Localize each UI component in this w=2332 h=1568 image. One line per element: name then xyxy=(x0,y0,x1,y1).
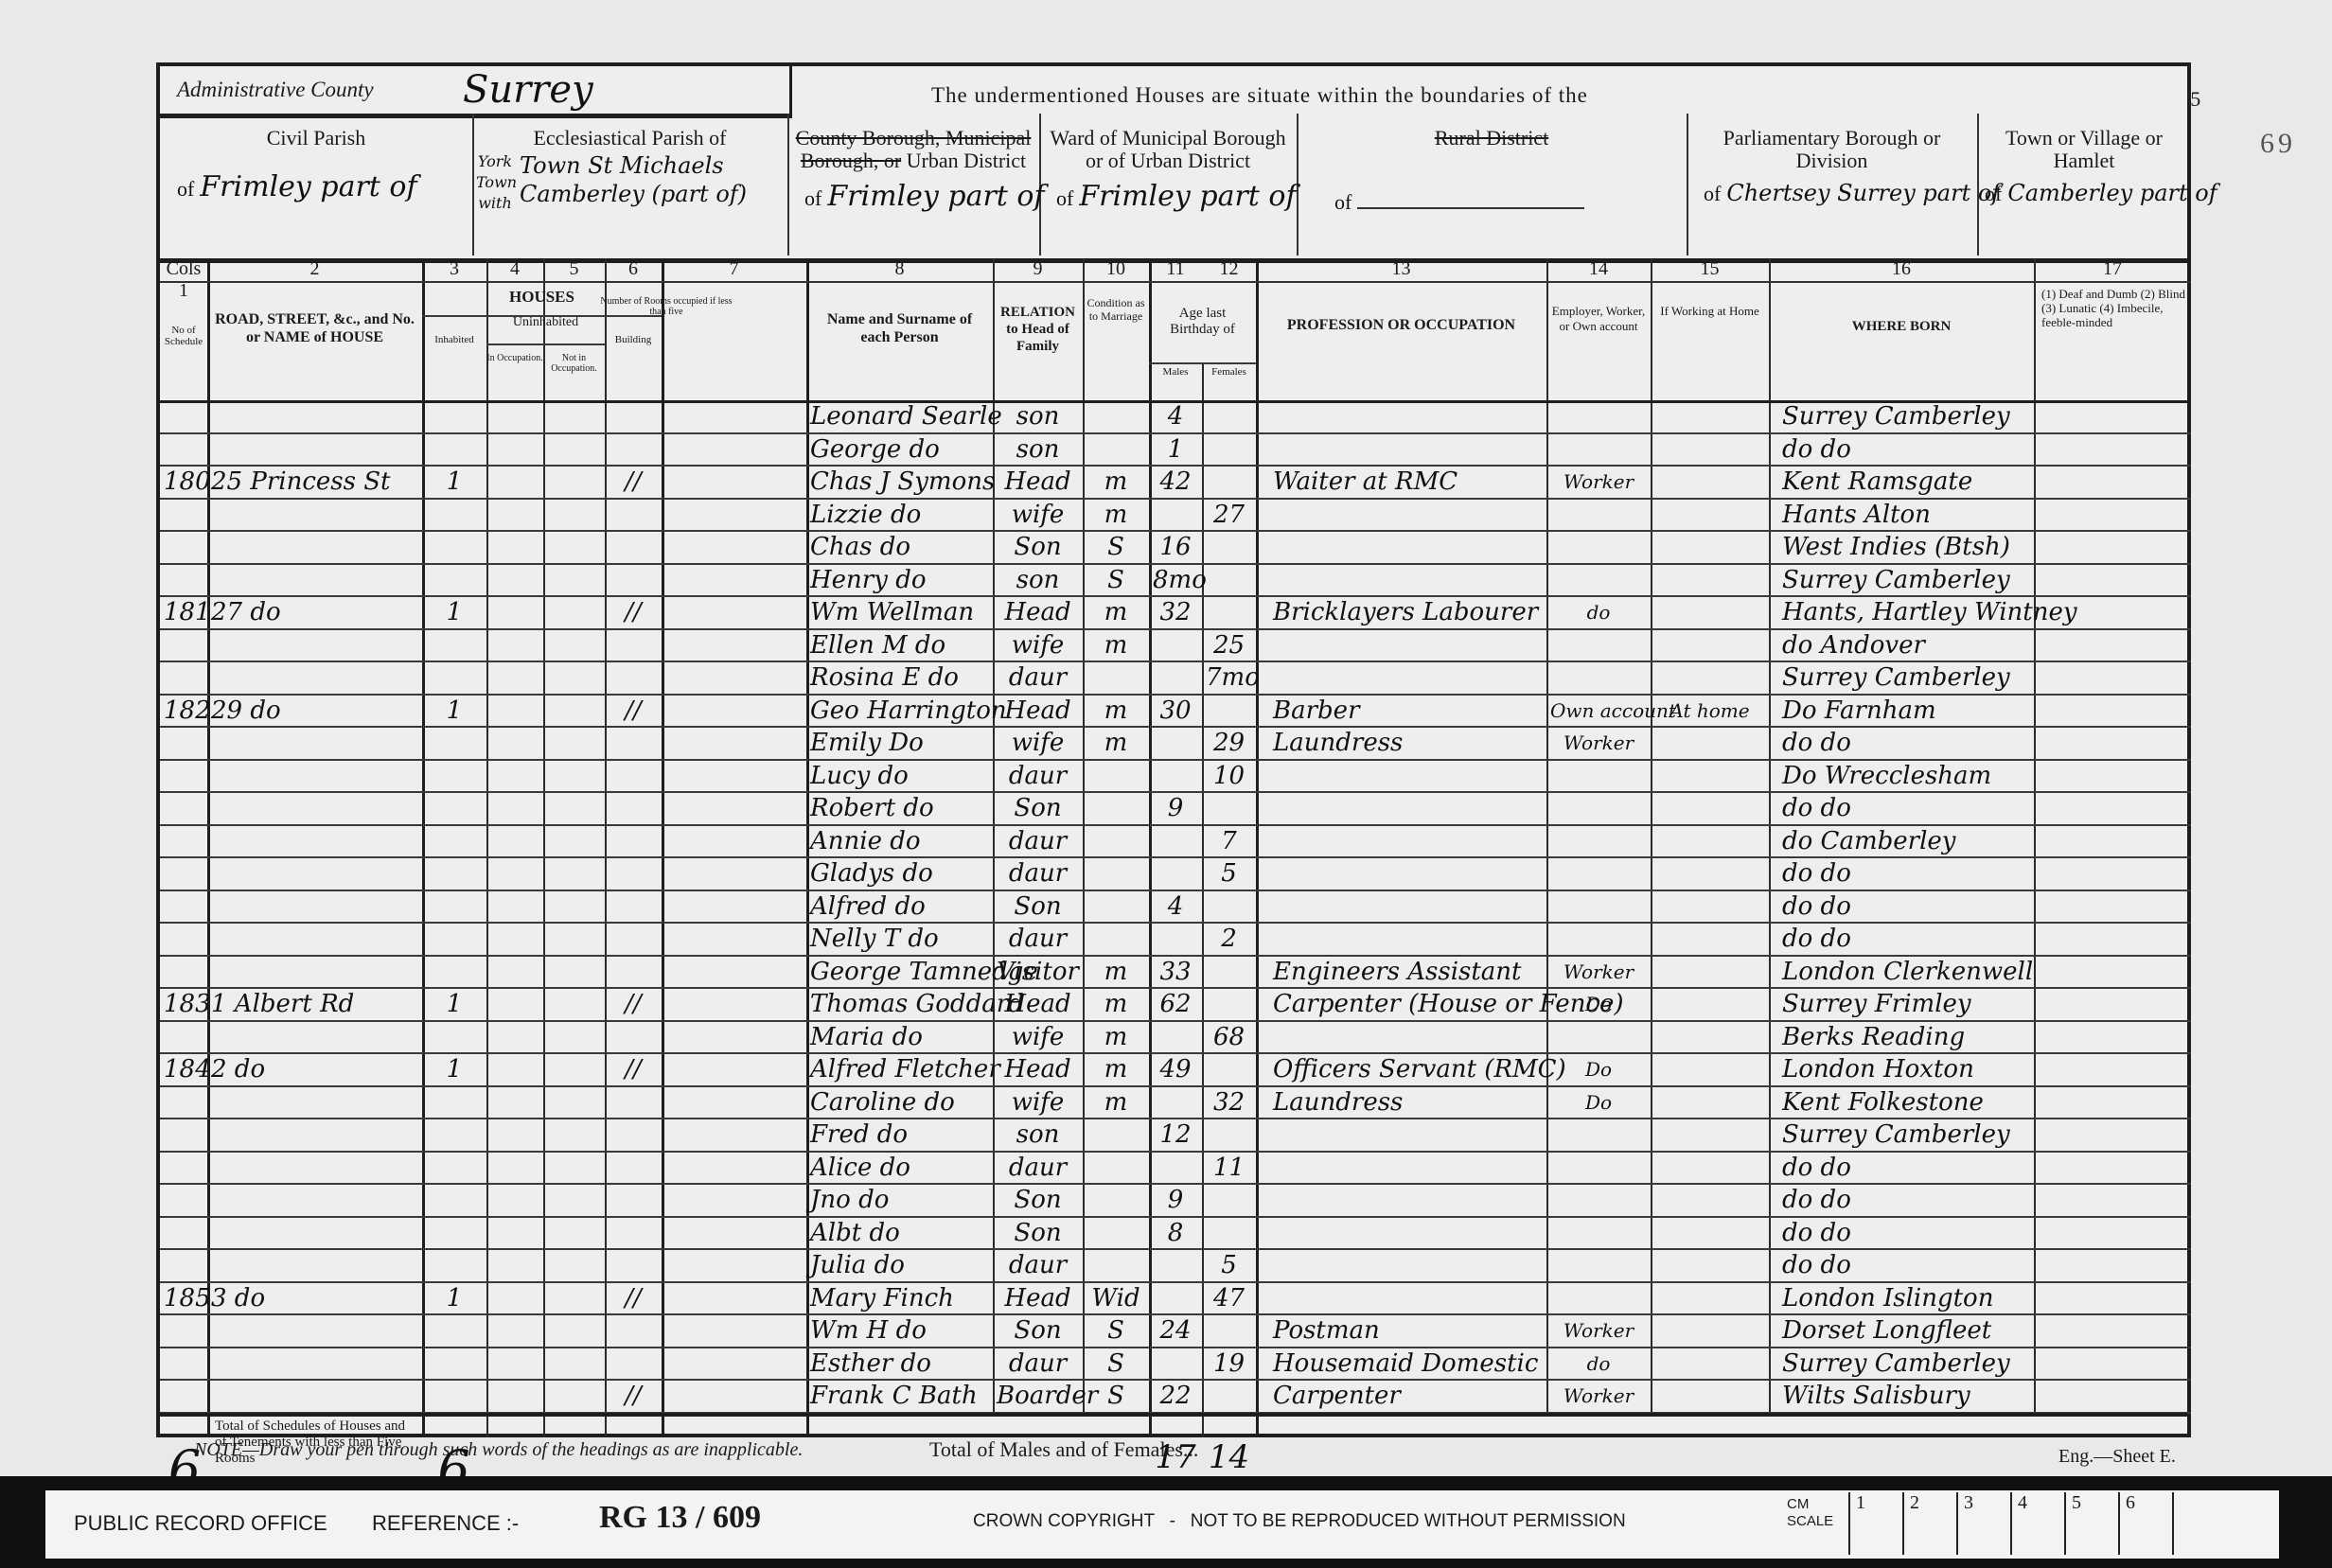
male-age xyxy=(1153,760,1198,792)
inhabited-count xyxy=(426,760,483,792)
female-age: 19 xyxy=(1206,1348,1252,1380)
person-name: Thomas Goddard xyxy=(810,988,989,1020)
birthplace: Surrey Camberley xyxy=(1773,1119,2040,1151)
schedule-number xyxy=(164,499,203,531)
scale-tick: 3 xyxy=(1958,1492,2012,1555)
marital-condition xyxy=(1086,825,1145,857)
inhabited-count xyxy=(426,727,483,759)
inhabited-count xyxy=(426,1314,483,1347)
person-name: Annie do xyxy=(810,825,989,857)
column-header-uninhabited: Uninhabited xyxy=(486,317,605,328)
person-name: Wm H do xyxy=(810,1314,989,1347)
birthplace: do do xyxy=(1773,727,2040,759)
working-at-home xyxy=(1654,629,1765,661)
occupation xyxy=(1260,792,1556,824)
female-age: 32 xyxy=(1206,1086,1252,1119)
column-number: 10 xyxy=(1083,258,1149,283)
female-age xyxy=(1206,596,1252,628)
copyright-notice: CROWN COPYRIGHT - NOT TO BE REPRODUCED W… xyxy=(973,1511,1626,1532)
male-age: 22 xyxy=(1153,1380,1198,1412)
employment-status: Do xyxy=(1550,1086,1647,1119)
house-address xyxy=(211,1217,418,1249)
female-age xyxy=(1206,1314,1252,1347)
column-header-road: ROAD, STREET, &c., and No. or NAME of HO… xyxy=(207,310,422,346)
census-sheet: Page 25 69 Administrative County Surrey … xyxy=(0,0,2332,1476)
scale-label: CM SCALE xyxy=(1787,1496,1834,1530)
column-header-condition: Condition as to Marriage xyxy=(1083,296,1149,323)
female-age: 11 xyxy=(1206,1152,1252,1184)
person-name: Emily Do xyxy=(810,727,989,759)
birthplace: Dorset Longfleet xyxy=(1773,1314,2040,1347)
relation-to-head: Son xyxy=(997,890,1079,923)
birthplace: Berks Reading xyxy=(1773,1021,2040,1053)
schedule-number: 182 xyxy=(164,695,203,727)
schedule-number xyxy=(164,727,203,759)
rooms-mark xyxy=(609,1184,658,1216)
relation-to-head: daur xyxy=(997,661,1079,694)
female-age: 7mo xyxy=(1206,661,1252,694)
marital-condition: m xyxy=(1086,596,1145,628)
parliamentary-value: Chertsey Surrey part of xyxy=(1726,180,2000,206)
rooms-mark: // xyxy=(609,1380,658,1412)
occupation xyxy=(1260,890,1556,923)
marital-condition: m xyxy=(1086,695,1145,727)
relation-to-head: daur xyxy=(997,760,1079,792)
inhabited-count xyxy=(426,1249,483,1281)
person-name: Alice do xyxy=(810,1152,989,1184)
schedule-number: 184 xyxy=(164,1053,203,1085)
female-age xyxy=(1206,400,1252,432)
rooms-mark xyxy=(609,1021,658,1053)
parliamentary-label: Parliamentary Borough or Division xyxy=(1687,127,1977,172)
relation-to-head: wife xyxy=(997,727,1079,759)
rooms-mark xyxy=(609,890,658,923)
female-age: 5 xyxy=(1206,857,1252,890)
marital-condition: m xyxy=(1086,988,1145,1020)
schedule-number xyxy=(164,1249,203,1281)
marital-condition: m xyxy=(1086,1021,1145,1053)
inhabited-count xyxy=(426,661,483,694)
schedule-number: 181 xyxy=(164,596,203,628)
inhabited-count xyxy=(426,433,483,466)
rural-district-cell: Rural District of xyxy=(1297,114,1688,255)
relation-to-head: Head xyxy=(997,988,1079,1020)
working-at-home xyxy=(1654,466,1765,498)
occupation: Barber xyxy=(1260,695,1556,727)
male-age: 8 xyxy=(1153,1217,1198,1249)
working-at-home xyxy=(1654,400,1765,432)
house-address xyxy=(211,760,418,792)
inhabited-count: 1 xyxy=(426,695,483,727)
marital-condition xyxy=(1086,857,1145,890)
schedule-number xyxy=(164,923,203,955)
ecclesiastical-parish-value: Town St Michaels Camberley (part of) xyxy=(520,151,785,208)
inhabited-count xyxy=(426,956,483,988)
ward-value: Frimley part of xyxy=(1079,180,1296,213)
relation-to-head: daur xyxy=(997,1249,1079,1281)
marital-condition: m xyxy=(1086,956,1145,988)
ward-label: Ward of Municipal Borough or of Urban Di… xyxy=(1039,127,1297,172)
column-number: 8 xyxy=(806,258,993,283)
scale-tick: 2 xyxy=(1904,1492,1958,1555)
table-row: Fred doson12Surrey Camberley xyxy=(160,1119,2187,1152)
working-at-home xyxy=(1654,988,1765,1020)
schedule-number: 180 xyxy=(164,466,203,498)
employment-status xyxy=(1550,1152,1647,1184)
inhabited-count xyxy=(426,923,483,955)
birthplace: Kent Ramsgate xyxy=(1773,466,2040,498)
working-at-home xyxy=(1654,1086,1765,1119)
sheet-label: Eng.—Sheet E. xyxy=(2058,1446,2176,1468)
scale-tick: 1 xyxy=(1850,1492,1904,1555)
schedule-number xyxy=(164,1348,203,1380)
rural-district-value xyxy=(1357,207,1584,209)
working-at-home xyxy=(1654,923,1765,955)
rooms-mark xyxy=(609,1314,658,1347)
male-age xyxy=(1153,1086,1198,1119)
female-age xyxy=(1206,433,1252,466)
house-address xyxy=(211,792,418,824)
occupation xyxy=(1260,629,1556,661)
male-age: 9 xyxy=(1153,1184,1198,1216)
margin-folio-number: 69 xyxy=(2260,128,2296,160)
person-name: Esther do xyxy=(810,1348,989,1380)
relation-to-head: Visitor xyxy=(997,956,1079,988)
table-row: Annie dodaur7do Camberley xyxy=(160,825,2187,858)
male-age: 62 xyxy=(1153,988,1198,1020)
birthplace: Surrey Camberley xyxy=(1773,564,2040,596)
column-header-employer: Employer, Worker, or Own account xyxy=(1546,304,1651,334)
person-name: Fred do xyxy=(810,1119,989,1151)
house-address xyxy=(211,1152,418,1184)
relation-to-head: son xyxy=(997,564,1079,596)
table-row: George TamnedgeVisitorm33Engineers Assis… xyxy=(160,956,2187,989)
schedule-number xyxy=(164,433,203,466)
male-age xyxy=(1153,1021,1198,1053)
inhabited-count xyxy=(426,629,483,661)
working-at-home xyxy=(1654,499,1765,531)
person-name: Leonard Searle xyxy=(810,400,989,432)
occupation: Laundress xyxy=(1260,1086,1556,1119)
working-at-home xyxy=(1654,792,1765,824)
column-header-rooms: Number of Rooms occupied if less than fi… xyxy=(600,296,733,317)
relation-to-head: wife xyxy=(997,629,1079,661)
relation-to-head: Son xyxy=(997,1314,1079,1347)
inhabited-count xyxy=(426,1021,483,1053)
person-name: Robert do xyxy=(810,792,989,824)
record-office-label: PUBLIC RECORD OFFICE xyxy=(74,1511,327,1536)
birthplace: do do xyxy=(1773,1184,2040,1216)
column-header-males: Males xyxy=(1149,366,1202,378)
inhabited-count xyxy=(426,499,483,531)
working-at-home xyxy=(1654,531,1765,563)
schedule-number xyxy=(164,825,203,857)
house-address xyxy=(211,1021,418,1053)
column-header-home: If Working at Home xyxy=(1651,304,1769,319)
rooms-mark xyxy=(609,727,658,759)
occupation: Bricklayers Labourer xyxy=(1260,596,1556,628)
house-address xyxy=(211,923,418,955)
birthplace: Kent Folkestone xyxy=(1773,1086,2040,1119)
male-age xyxy=(1153,499,1198,531)
employment-status: Worker xyxy=(1550,1380,1647,1412)
occupation: Carpenter xyxy=(1260,1380,1556,1412)
employment-status xyxy=(1550,1021,1647,1053)
house-address xyxy=(211,890,418,923)
schedule-number xyxy=(164,1086,203,1119)
civil-parish-label: Civil Parish xyxy=(160,127,472,150)
male-age xyxy=(1153,1152,1198,1184)
occupation: Waiter at RMC xyxy=(1260,466,1556,498)
schedule-number xyxy=(164,956,203,988)
birthplace: do do xyxy=(1773,1249,2040,1281)
person-name: Henry do xyxy=(810,564,989,596)
inhabited-count xyxy=(426,1380,483,1412)
column-header-born: WHERE BORN xyxy=(1769,319,2034,335)
inhabited-count: 1 xyxy=(426,466,483,498)
employment-status: Do xyxy=(1550,1053,1647,1085)
house-address xyxy=(211,1348,418,1380)
schedule-number xyxy=(164,792,203,824)
marital-condition xyxy=(1086,1152,1145,1184)
person-name: Frank C Bath xyxy=(810,1380,989,1412)
employment-status: do xyxy=(1550,1348,1647,1380)
table-row: 18025 Princess St1//Chas J SymonsHeadm42… xyxy=(160,466,2187,499)
working-at-home xyxy=(1654,1053,1765,1085)
occupation xyxy=(1260,564,1556,596)
rooms-mark xyxy=(609,1249,658,1281)
marital-condition xyxy=(1086,433,1145,466)
occupation xyxy=(1260,1021,1556,1053)
reference-value: RG 13 / 609 xyxy=(599,1500,761,1536)
rooms-mark xyxy=(609,1217,658,1249)
rooms-mark: // xyxy=(609,1053,658,1085)
female-age: 5 xyxy=(1206,1249,1252,1281)
female-age xyxy=(1206,1053,1252,1085)
schedule-number xyxy=(164,1380,203,1412)
birthplace: Surrey Camberley xyxy=(1773,661,2040,694)
employment-status xyxy=(1550,433,1647,466)
relation-to-head: Head xyxy=(997,1053,1079,1085)
employment-status: Do xyxy=(1550,988,1647,1020)
relation-to-head: Head xyxy=(997,596,1079,628)
person-name: Chas J Symons xyxy=(810,466,989,498)
administrative-county-box: Administrative County Surrey xyxy=(160,66,792,118)
rooms-mark xyxy=(609,564,658,596)
employment-status: Worker xyxy=(1550,956,1647,988)
rooms-mark xyxy=(609,825,658,857)
marital-condition: S xyxy=(1086,531,1145,563)
working-at-home xyxy=(1654,1119,1765,1151)
house-address xyxy=(211,1184,418,1216)
rooms-mark xyxy=(609,792,658,824)
relation-to-head: daur xyxy=(997,923,1079,955)
house-address xyxy=(211,1119,418,1151)
situate-text: The undermentioned Houses are situate wi… xyxy=(931,83,1588,108)
employment-status xyxy=(1550,564,1647,596)
birthplace: do do xyxy=(1773,1152,2040,1184)
male-age xyxy=(1153,1249,1198,1281)
birthplace: do do xyxy=(1773,792,2040,824)
female-age: 29 xyxy=(1206,727,1252,759)
marital-condition xyxy=(1086,1249,1145,1281)
relation-to-head: wife xyxy=(997,1021,1079,1053)
schedule-number xyxy=(164,890,203,923)
employment-status: Worker xyxy=(1550,727,1647,759)
table-row: Lizzie dowifem27Hants Alton xyxy=(160,499,2187,532)
birthplace: do do xyxy=(1773,1217,2040,1249)
employment-status xyxy=(1550,1217,1647,1249)
schedule-number xyxy=(164,661,203,694)
scale-tick: 6 xyxy=(2120,1492,2174,1555)
male-age: 33 xyxy=(1153,956,1198,988)
schedule-number xyxy=(164,531,203,563)
table-row: Wm H doSonS24PostmanWorkerDorset Longfle… xyxy=(160,1314,2187,1348)
note-text: NOTE—Draw your pen through such words of… xyxy=(194,1439,803,1461)
male-age: 4 xyxy=(1153,400,1198,432)
column-number: 15 xyxy=(1651,258,1769,283)
relation-to-head: Head xyxy=(997,466,1079,498)
relation-to-head: daur xyxy=(997,825,1079,857)
birthplace: do Camberley xyxy=(1773,825,2040,857)
census-table: Cols 1234567891011121314151617No of Sche… xyxy=(160,258,2187,1437)
marital-condition: m xyxy=(1086,1053,1145,1085)
employment-status xyxy=(1550,661,1647,694)
rooms-mark xyxy=(609,499,658,531)
birthplace: West Indies (Btsh) xyxy=(1773,531,2040,563)
working-at-home xyxy=(1654,1217,1765,1249)
table-row: Alfred doSon4do do xyxy=(160,890,2187,924)
rooms-mark xyxy=(609,531,658,563)
rooms-mark xyxy=(609,1348,658,1380)
working-at-home xyxy=(1654,1314,1765,1347)
house-address xyxy=(211,531,418,563)
house-address xyxy=(211,499,418,531)
ward-cell: Ward of Municipal Borough or of Urban Di… xyxy=(1039,114,1298,255)
employment-status xyxy=(1550,923,1647,955)
occupation xyxy=(1260,1184,1556,1216)
house-address xyxy=(211,433,418,466)
working-at-home xyxy=(1654,727,1765,759)
person-name: Ellen M do xyxy=(810,629,989,661)
male-age: 49 xyxy=(1153,1053,1198,1085)
female-age: 7 xyxy=(1206,825,1252,857)
female-age xyxy=(1206,564,1252,596)
working-at-home xyxy=(1654,661,1765,694)
occupation xyxy=(1260,499,1556,531)
schedule-number xyxy=(164,564,203,596)
male-age xyxy=(1153,825,1198,857)
employment-status xyxy=(1550,1249,1647,1281)
employment-status: Worker xyxy=(1550,1314,1647,1347)
employment-status xyxy=(1550,760,1647,792)
working-at-home xyxy=(1654,1021,1765,1053)
total-males: 17 xyxy=(1149,1434,1202,1481)
column-number: Cols 1 xyxy=(160,258,207,283)
working-at-home xyxy=(1654,760,1765,792)
person-name: Alfred Fletcher xyxy=(810,1053,989,1085)
employment-status xyxy=(1550,1184,1647,1216)
birthplace: Surrey Camberley xyxy=(1773,1348,2040,1380)
female-age: 47 xyxy=(1206,1282,1252,1314)
column-header-infirmity: (1) Deaf and Dumb (2) Blind (3) Lunatic … xyxy=(2034,287,2191,329)
column-header-inhabited: Inhabited xyxy=(422,334,486,345)
marital-condition: m xyxy=(1086,466,1145,498)
relation-to-head: Son xyxy=(997,1217,1079,1249)
civil-parish-cell: Civil Parish ofFrimley part of xyxy=(160,114,474,255)
working-at-home xyxy=(1654,564,1765,596)
town-cell: Town or Village or Hamlet ofCamberley pa… xyxy=(1977,114,2191,255)
occupation xyxy=(1260,1282,1556,1314)
rooms-mark xyxy=(609,1086,658,1119)
column-header-in-occupation: In Occupation. xyxy=(486,353,543,363)
occupation xyxy=(1260,433,1556,466)
female-age xyxy=(1206,988,1252,1020)
column-number: 2 xyxy=(207,258,422,283)
birthplace: do do xyxy=(1773,923,2040,955)
house-address xyxy=(211,825,418,857)
occupation xyxy=(1260,531,1556,563)
rooms-mark xyxy=(609,857,658,890)
inhabited-count xyxy=(426,1217,483,1249)
house-address xyxy=(211,1086,418,1119)
male-age: 9 xyxy=(1153,792,1198,824)
column-number: 13 xyxy=(1256,258,1546,283)
working-at-home xyxy=(1654,825,1765,857)
inhabited-count xyxy=(426,1184,483,1216)
occupation: Laundress xyxy=(1260,727,1556,759)
column-number: 7 xyxy=(662,258,806,283)
column-header-age: Age last Birthday of xyxy=(1149,306,1256,338)
working-at-home xyxy=(1654,433,1765,466)
column-number: 9 xyxy=(993,258,1083,283)
inhabited-count: 1 xyxy=(426,988,483,1020)
marital-condition xyxy=(1086,923,1145,955)
archive-footer: PUBLIC RECORD OFFICE REFERENCE :- RG 13 … xyxy=(0,1476,2332,1568)
female-age: 25 xyxy=(1206,629,1252,661)
marital-condition xyxy=(1086,1119,1145,1151)
relation-to-head: wife xyxy=(997,499,1079,531)
person-name: Caroline do xyxy=(810,1086,989,1119)
birthplace: do do xyxy=(1773,857,2040,890)
house-address: 3 do xyxy=(211,1282,418,1314)
birthplace: Surrey Camberley xyxy=(1773,400,2040,432)
male-age xyxy=(1153,1348,1198,1380)
house-address xyxy=(211,1249,418,1281)
relation-to-head: son xyxy=(997,433,1079,466)
reference-label: REFERENCE :- xyxy=(372,1511,519,1536)
person-name: Alfred do xyxy=(810,890,989,923)
marital-condition: Wid xyxy=(1086,1282,1145,1314)
column-number: 11 xyxy=(1149,258,1202,283)
male-age: 16 xyxy=(1153,531,1198,563)
marital-condition xyxy=(1086,792,1145,824)
female-age xyxy=(1206,792,1252,824)
table-row: Maria dowifem68Berks Reading xyxy=(160,1021,2187,1054)
employment-status xyxy=(1550,857,1647,890)
marital-condition xyxy=(1086,1217,1145,1249)
occupation xyxy=(1260,1217,1556,1249)
relation-to-head: Son xyxy=(997,1184,1079,1216)
birthplace: London Clerkenwell xyxy=(1773,956,2040,988)
employment-status xyxy=(1550,890,1647,923)
table-row: Caroline dowifem32LaundressDoKent Folkes… xyxy=(160,1086,2187,1119)
birthplace: Do Farnham xyxy=(1773,695,2040,727)
table-row: Nelly T dodaur2do do xyxy=(160,923,2187,956)
column-header-building: Building xyxy=(605,334,662,345)
working-at-home: At home xyxy=(1654,695,1765,727)
inhabited-count xyxy=(426,564,483,596)
